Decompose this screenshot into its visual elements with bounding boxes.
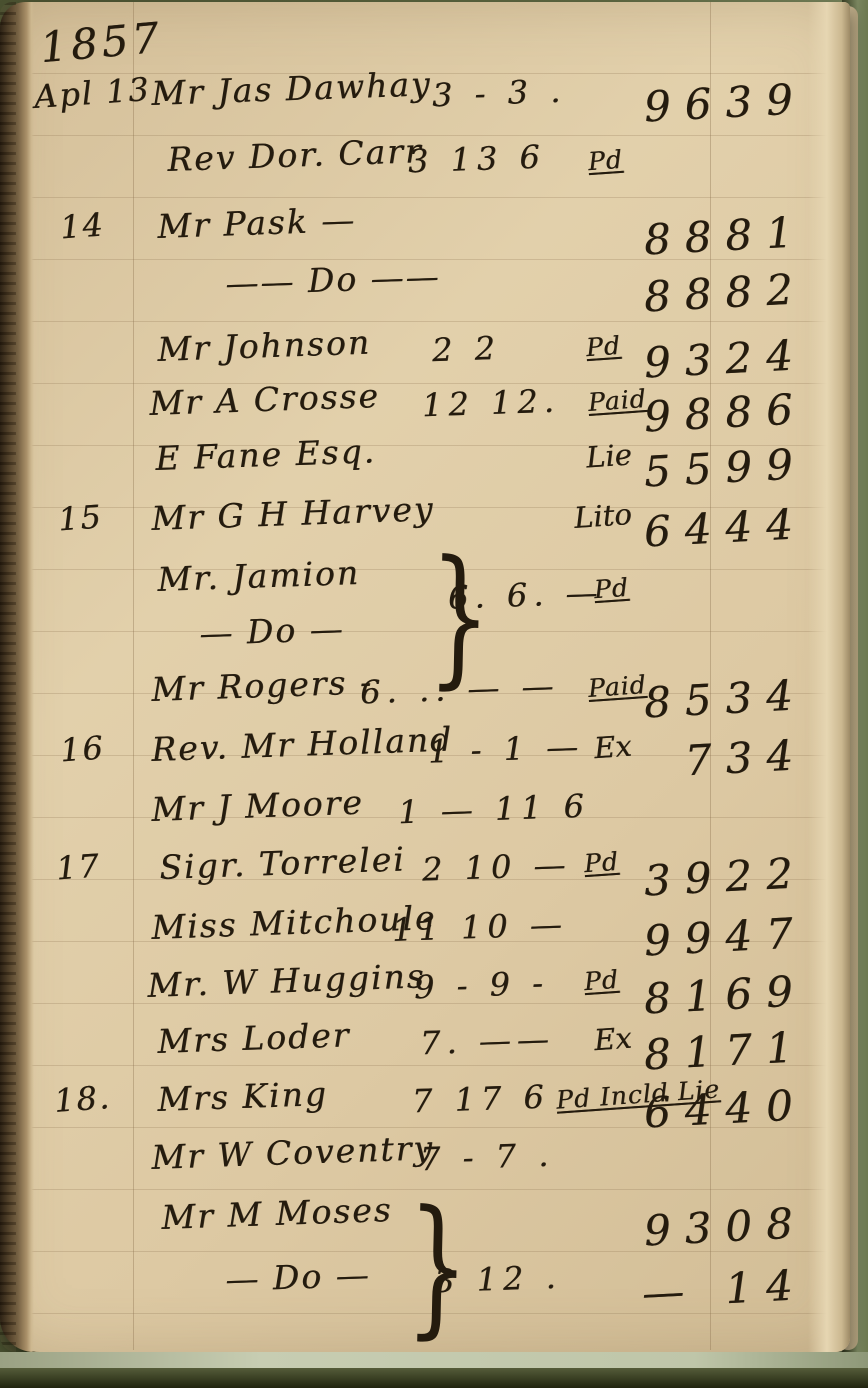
entry-name: Mr. W Huggins <box>147 956 427 1005</box>
entry-folio-number: 9639 <box>643 74 808 131</box>
entry-name: Mr Rogers - <box>151 662 374 709</box>
ledger-scan: 1857 Apl 13 Mr Jas Dawhay 3 - 3 . 9639 R… <box>0 0 868 1388</box>
entry-date: 15 <box>57 497 104 538</box>
entry-amount: 3 13 6 <box>407 138 546 181</box>
entry-folio-prefix: Ex <box>593 1021 633 1058</box>
entry-date: 18. <box>53 1078 112 1120</box>
entry-paid-note: Paid <box>587 384 647 417</box>
entry-amount: 12 12. <box>421 382 560 425</box>
entry-folio-number: 9324 <box>643 330 808 387</box>
entry-folio-number: 8881 <box>643 207 808 264</box>
entry-name: Mrs King <box>157 1074 329 1119</box>
entry-name: Mr Johnson <box>157 323 372 369</box>
ledger-row: Mr A Crosse 12 12. Paid 9886 <box>0 384 850 444</box>
entry-date: Apl 13 <box>33 70 152 116</box>
entry-amount: 9 - 9 - <box>413 964 549 1007</box>
entry-name: —— Do —— <box>225 257 442 303</box>
entry-paid-note: Pd <box>593 573 630 604</box>
entry-name: Mr Pask — <box>157 200 357 246</box>
entry-amount: 2 2 <box>431 329 501 369</box>
entry-folio-number: 6444 <box>643 499 808 556</box>
entry-folio-number: 3922 <box>643 848 808 905</box>
entry-amount: 7 17 6 <box>411 1078 550 1121</box>
ledger-row: Mr. W Huggins 9 - 9 - Pd 8169 <box>0 966 850 1026</box>
entry-paid-note: Pd <box>585 331 622 362</box>
ledger-row: 15 Mr G H Harvey Lito 6444 <box>0 499 850 559</box>
entry-folio-number: — 14 <box>641 1260 808 1318</box>
entry-amount: 1 - 1 — <box>427 727 584 770</box>
entry-name: Mr Jas Dawhay <box>151 64 433 113</box>
entry-name: Sigr. Torrelei <box>159 839 407 887</box>
entry-folio-number: 9308 <box>643 1198 808 1255</box>
entry-amount: 11 10 — <box>391 905 568 949</box>
ledger-page: 1857 Apl 13 Mr Jas Dawhay 3 - 3 . 9639 R… <box>0 2 850 1352</box>
entry-paid-note: Paid <box>587 670 647 703</box>
ink-brace-jamion-group: } <box>427 540 492 693</box>
entry-amount: 1 — 11 6 <box>397 787 590 832</box>
entry-paid-note: Pd <box>583 965 620 996</box>
entry-folio-prefix: Lie <box>585 437 633 474</box>
ledger-row: Miss Mitchoule 11 10 — 9947 <box>0 908 850 968</box>
entry-folio-number: 8169 <box>643 966 808 1023</box>
ledger-row: Mr J Moore 1 — 11 6 <box>0 790 850 850</box>
table-surface-light <box>0 1352 868 1368</box>
entry-date: 14 <box>59 205 106 246</box>
entry-folio-number: 734 <box>683 730 808 785</box>
entry-amount: 7 - 7 . <box>419 1136 554 1179</box>
entry-folio-number: 8171 <box>643 1022 808 1079</box>
entry-folio-prefix: Ex <box>593 729 633 766</box>
entry-folio-prefix: Lito <box>573 497 633 535</box>
ink-brace-moses-group: } <box>405 1190 470 1343</box>
entry-amount: 3 - 3 . <box>431 72 566 115</box>
entry-name: Rev Dor. Carr <box>167 131 424 179</box>
entry-paid-note: Pd <box>587 145 624 176</box>
entry-folio-number: 5599 <box>643 439 808 496</box>
entry-name: Mr J Moore <box>151 783 365 829</box>
entry-name: — Do — <box>199 609 346 653</box>
entry-folio-number: 8534 <box>643 670 808 727</box>
entry-folio-number: 6440 <box>643 1080 808 1137</box>
table-surface-dark <box>0 1368 868 1388</box>
ledger-row: — Do — <box>0 614 850 674</box>
ledger-row: Mr Johnson 2 2 Pd 9324 <box>0 330 850 390</box>
ledger-row: 16 Rev. Mr Holland 1 - 1 — Ex 734 <box>0 730 850 790</box>
entry-name: Mr. Jamion <box>157 553 361 599</box>
entry-name: Mr M Moses <box>161 1190 394 1237</box>
entry-date: 17 <box>55 846 102 887</box>
entry-name: E Fane Esq. <box>155 431 377 478</box>
ledger-row: Mr. Jamion 6. 6. — Pd <box>0 560 850 620</box>
ledger-row: Apl 13 Mr Jas Dawhay 3 - 3 . 9639 <box>0 74 850 134</box>
entry-folio-number: 8882 <box>643 264 808 321</box>
entry-date: 16 <box>59 728 106 769</box>
entry-folio-number: 9886 <box>643 384 808 441</box>
ledger-row: Rev Dor. Carr 3 13 6 Pd <box>0 140 850 200</box>
entry-amount: 2 10 — <box>421 845 572 888</box>
entry-folio-number: 9947 <box>643 908 808 965</box>
entry-name: Mrs Loder <box>157 1015 351 1061</box>
entry-name: — Do — <box>225 1255 372 1299</box>
ledger-row: Mrs Loder 7. —— Ex 8171 <box>0 1022 850 1082</box>
entry-amount: 7. —— <box>419 1020 555 1063</box>
ledger-row: —— Do —— 8882 <box>0 264 850 324</box>
entry-paid-note: Pd <box>583 847 620 878</box>
entry-name: Mr A Crosse <box>149 376 381 423</box>
